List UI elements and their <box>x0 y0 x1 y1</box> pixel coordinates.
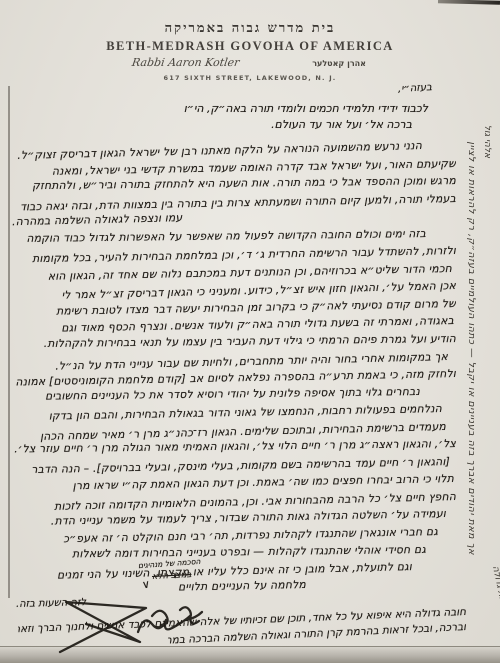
salutation-line: ברכה אל׳ ועל אור עד העולם. <box>184 117 412 133</box>
margin-note-top: אלהי גול <box>482 98 492 158</box>
struck-word: במצב הלא <box>152 570 192 582</box>
salutation: לכבוד ידידי תלמידי חכמים ולומדי תורה באה… <box>184 101 428 133</box>
margin-note-main: אך מאת יהודים אברך בזה בעניינים או יקבל … <box>466 95 477 555</box>
bsd-notation: בעזה״י, <box>398 82 432 95</box>
signature <box>52 592 222 662</box>
scan-edge-smudge-top <box>438 0 500 5</box>
letterhead-rabbi-row: Rabbi Aaron Kotler אהרן קאטלער <box>130 56 370 70</box>
insertion-caret: ∨ <box>141 578 151 592</box>
signature-stroke <box>60 602 146 652</box>
signature-stroke <box>152 611 168 625</box>
letterhead-title-hebrew: בית מדרש גבוה באמריקה <box>0 20 500 36</box>
rabbi-name-hebrew: אהרן קאטלער <box>312 59 366 68</box>
letter-body: הנני נרעש מהשמועה הנוראה על הלקח מאתנו ר… <box>12 137 456 593</box>
letterhead-address: 617 SIXTH STREET, LAKEWOOD, N. J. <box>0 74 500 82</box>
margin-note-bottom: שלום מאוד, וזכות גדולה <box>487 552 500 657</box>
scan-edge-line-left <box>8 86 10 598</box>
rabbi-name-script: Rabbi Aaron Kotler <box>131 56 240 69</box>
letterhead-title-english: BETH-MEDRASH GOVOHA OF AMERICA <box>0 39 500 54</box>
salutation-line: לכבוד ידידי תלמידי חכמים ולומדי תורה באה… <box>184 101 428 117</box>
signature-stroke <box>180 607 202 620</box>
letterhead: בית מדרש גבוה באמריקה BETH-MEDRASH GOVOH… <box>0 20 500 54</box>
